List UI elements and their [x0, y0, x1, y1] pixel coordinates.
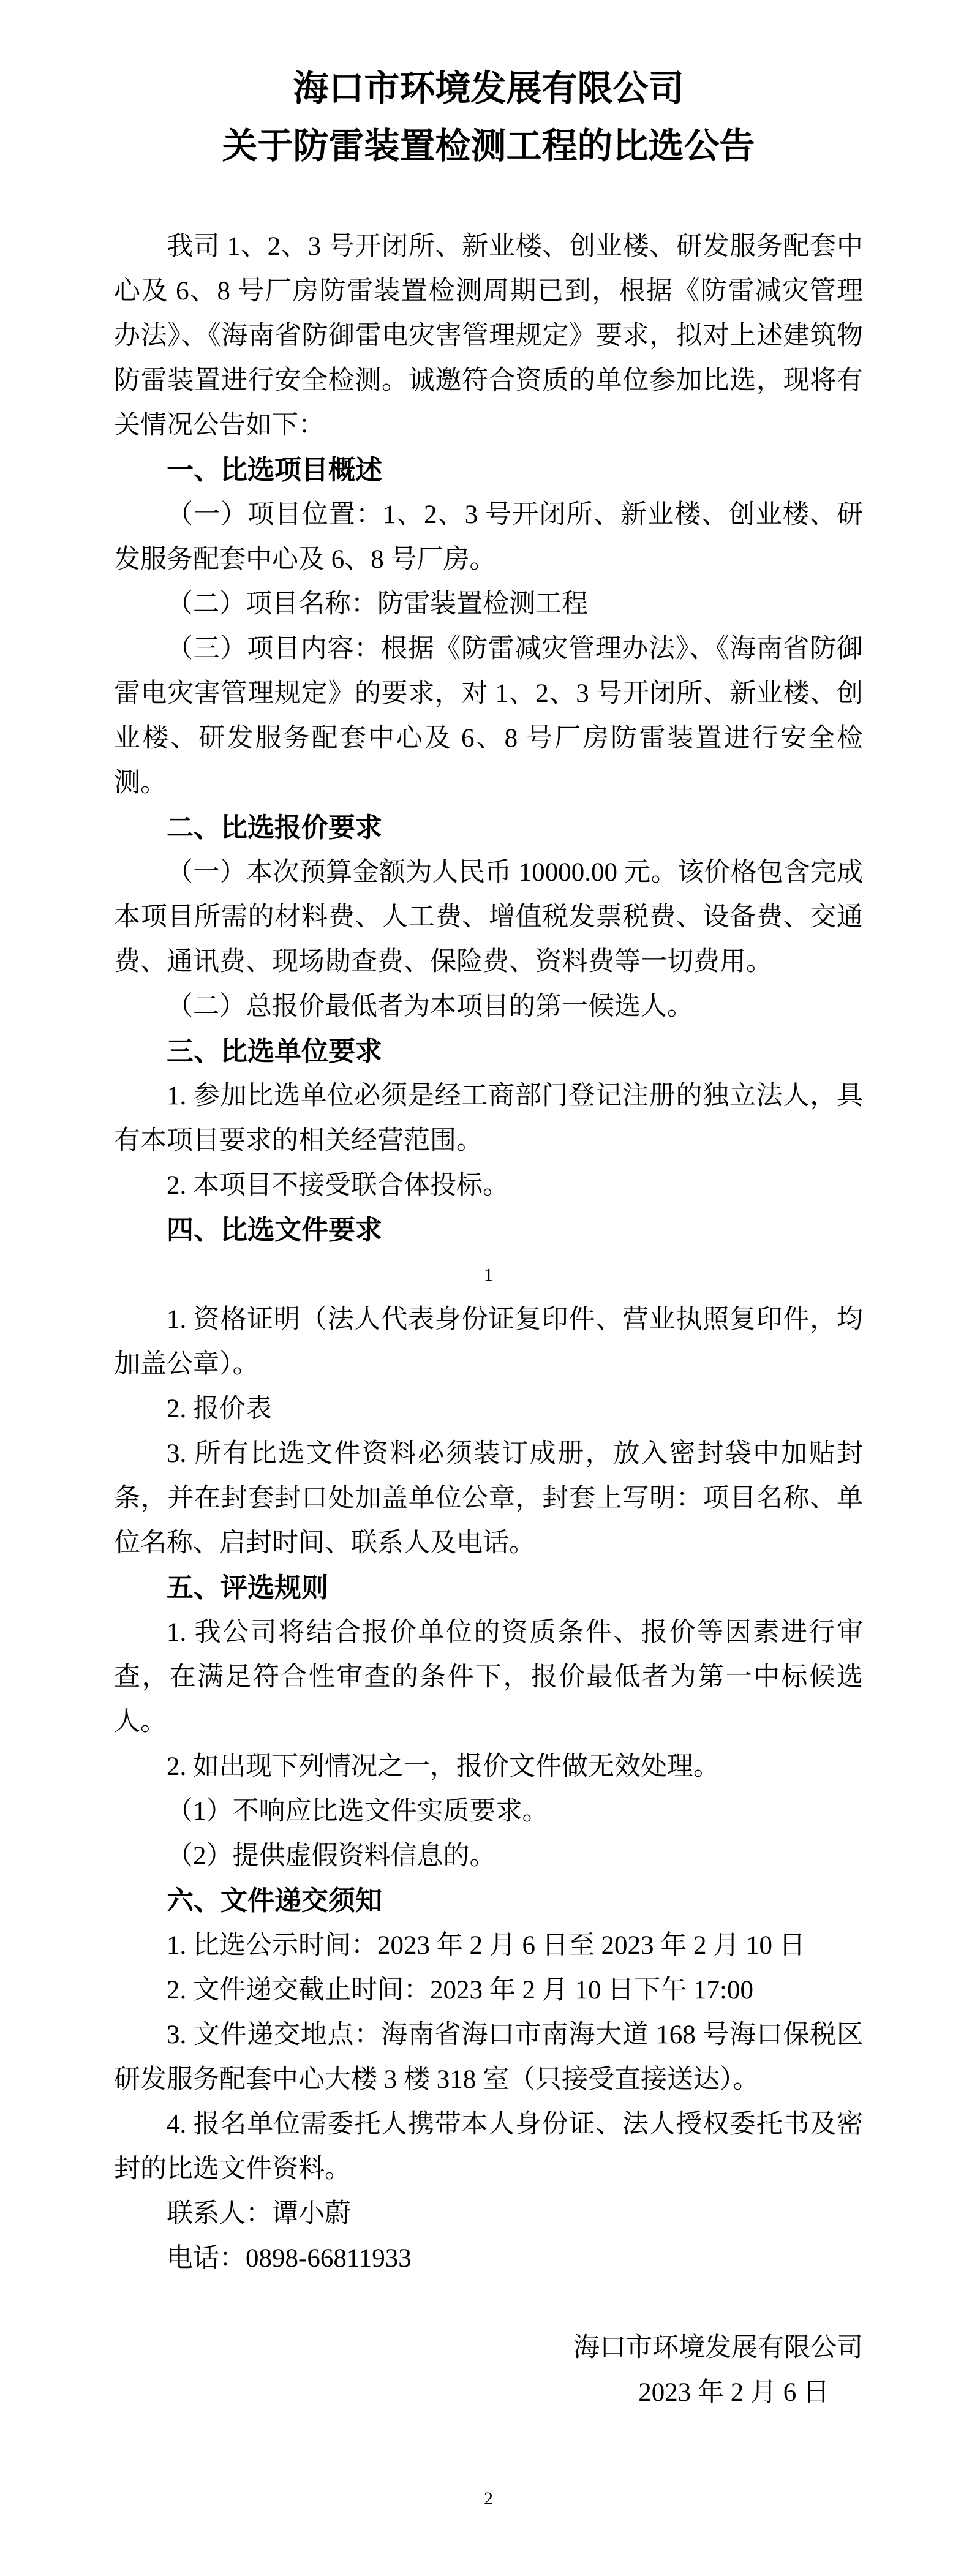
paragraph: （2）提供虚假资料信息的。	[114, 1834, 863, 1878]
paragraph: 2. 文件递交截止时间：2023 年 2 月 10 日下午 17:00	[114, 1968, 863, 2013]
paragraph: 我司 1、2、3 号开闭所、新业楼、创业楼、研发服务配套中心及 6、8 号厂房防…	[114, 224, 863, 448]
page-number: 2	[114, 2476, 863, 2521]
section-heading: 三、比选单位要求	[114, 1029, 863, 1074]
paragraph: 1. 比选公示时间：2023 年 2 月 6 日至 2023 年 2 月 10 …	[114, 1923, 863, 1968]
paragraph: （三）项目内容：根据《防雷减灾管理办法》、《海南省防御雷电灾害管理规定》的要求，…	[114, 627, 863, 805]
title-line-1: 海口市环境发展有限公司	[114, 60, 863, 118]
paragraph: （1）不响应比选文件实质要求。	[114, 1789, 863, 1834]
paragraph: 3. 所有比选文件资料必须装订成册，放入密封袋中加贴封条，并在封套封口处加盖单位…	[114, 1431, 863, 1565]
paragraph: 2. 如出现下列情况之一，报价文件做无效处理。	[114, 1744, 863, 1789]
paragraph: （一）项目位置：1、2、3 号开闭所、新业楼、创业楼、研发服务配套中心及 6、8…	[114, 492, 863, 582]
paragraph: （一）本次预算金额为人民币 10000.00 元。该价格包含完成本项目所需的材料…	[114, 850, 863, 984]
paragraph: 1. 我公司将结合报价单位的资质条件、报价等因素进行审查，在满足符合性审查的条件…	[114, 1610, 863, 1744]
paragraph: （二）总报价最低者为本项目的第一候选人。	[114, 984, 863, 1029]
page-number: 1	[114, 1252, 863, 1297]
document-body: 我司 1、2、3 号开闭所、新业楼、创业楼、研发服务配套中心及 6、8 号厂房防…	[114, 224, 863, 2521]
announcement-document: 海口市环境发展有限公司 关于防雷装置检测工程的比选公告 我司 1、2、3 号开闭…	[0, 0, 972, 2576]
paragraph: （二）项目名称：防雷装置检测工程	[114, 582, 863, 627]
signature-company: 海口市环境发展有限公司	[114, 2326, 863, 2370]
paragraph: 1. 资格证明（法人代表身份证复印件、营业执照复印件，均加盖公章）。	[114, 1297, 863, 1387]
signature-date: 2023 年 2 月 6 日	[114, 2370, 863, 2415]
section-heading: 四、比选文件要求	[114, 1208, 863, 1252]
paragraph: 联系人：谭小蔚	[114, 2191, 863, 2236]
paragraph: 1. 参加比选单位必须是经工商部门登记注册的独立法人，具有本项目要求的相关经营范…	[114, 1074, 863, 1163]
section-heading: 一、比选项目概述	[114, 448, 863, 492]
paragraph: 4. 报名单位需委托人携带本人身份证、法人授权委托书及密封的比选文件资料。	[114, 2102, 863, 2191]
section-heading: 六、文件递交须知	[114, 1878, 863, 1923]
paragraph: 2. 报价表	[114, 1387, 863, 1431]
paragraph: 3. 文件递交地点：海南省海口市南海大道 168 号海口保税区研发服务配套中心大…	[114, 2013, 863, 2102]
section-heading: 五、评选规则	[114, 1565, 863, 1610]
paragraph: 2. 本项目不接受联合体投标。	[114, 1163, 863, 1208]
title-line-2: 关于防雷装置检测工程的比选公告	[114, 118, 863, 175]
document-title: 海口市环境发展有限公司 关于防雷装置检测工程的比选公告	[114, 60, 863, 175]
section-heading: 二、比选报价要求	[114, 805, 863, 850]
paragraph: 电话：0898-66811933	[114, 2236, 863, 2281]
